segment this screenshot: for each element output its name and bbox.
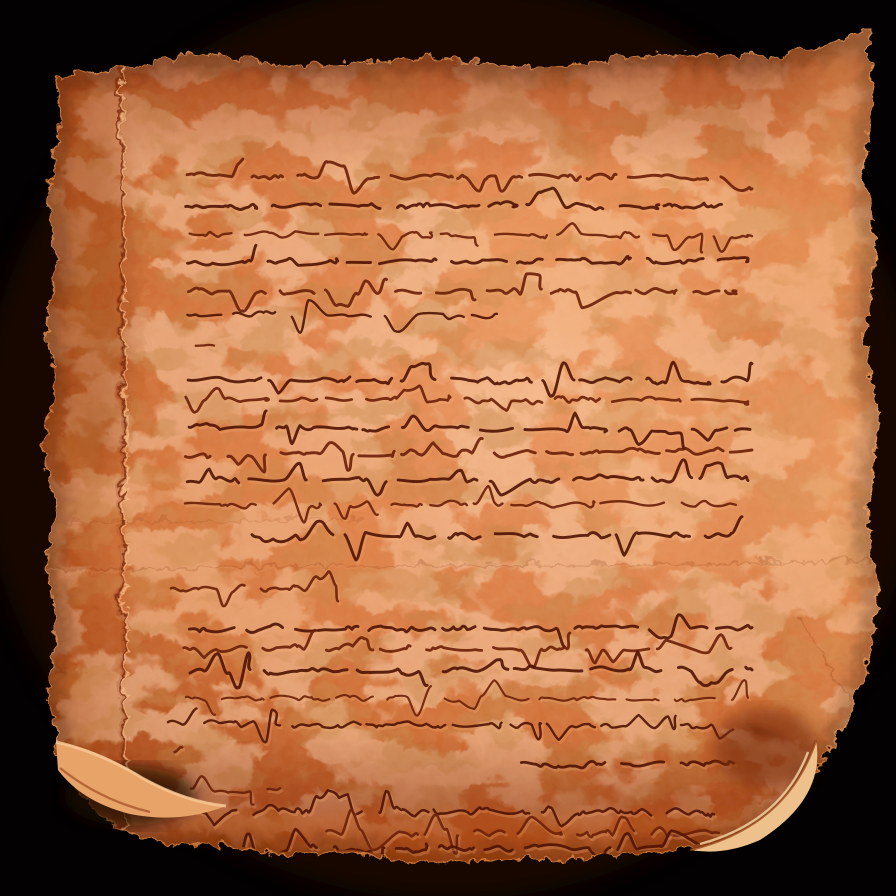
photo-stage [0,0,896,896]
light-patch [570,355,870,585]
handwriting-line-emboss [197,347,215,348]
handwriting-line [196,345,214,346]
parchment-letter-photo [0,0,896,896]
